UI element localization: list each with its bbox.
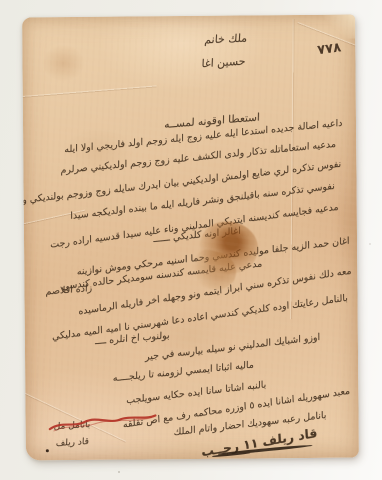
letter-paper: ٧٧٨ ملك خانم حسين اغا استعطا اوقونه لمسـ… bbox=[22, 15, 359, 461]
heading-name-line2: حسين اغا bbox=[201, 54, 245, 70]
folio-number: ٧٧٨ bbox=[317, 40, 343, 58]
background-speck bbox=[118, 471, 120, 473]
corner-fold bbox=[323, 15, 357, 39]
handwriting-line: قاد ريلف bbox=[56, 437, 89, 449]
heading-name-line1: ملك خانم bbox=[204, 31, 248, 46]
handwriting-line: زاده اقلاصم bbox=[46, 283, 93, 298]
scanned-letter-photo: ٧٧٨ ملك خانم حسين اغا استعطا اوقونه لمسـ… bbox=[0, 0, 382, 480]
red-strike-mark bbox=[47, 409, 160, 436]
ink-dot bbox=[46, 449, 49, 452]
handwriting-line: ماليه اثباتا ايمسي لزومنه تا ريلجــــه bbox=[113, 359, 254, 384]
paper-crease bbox=[22, 85, 157, 98]
background-speck bbox=[369, 243, 371, 245]
paper-stain bbox=[334, 185, 359, 265]
red-scribble-icon bbox=[47, 409, 160, 436]
handwriting-line: اوزو اشبايك المدليني نو سيله بيارسه في ج… bbox=[145, 332, 320, 363]
paper-stain bbox=[42, 45, 84, 81]
